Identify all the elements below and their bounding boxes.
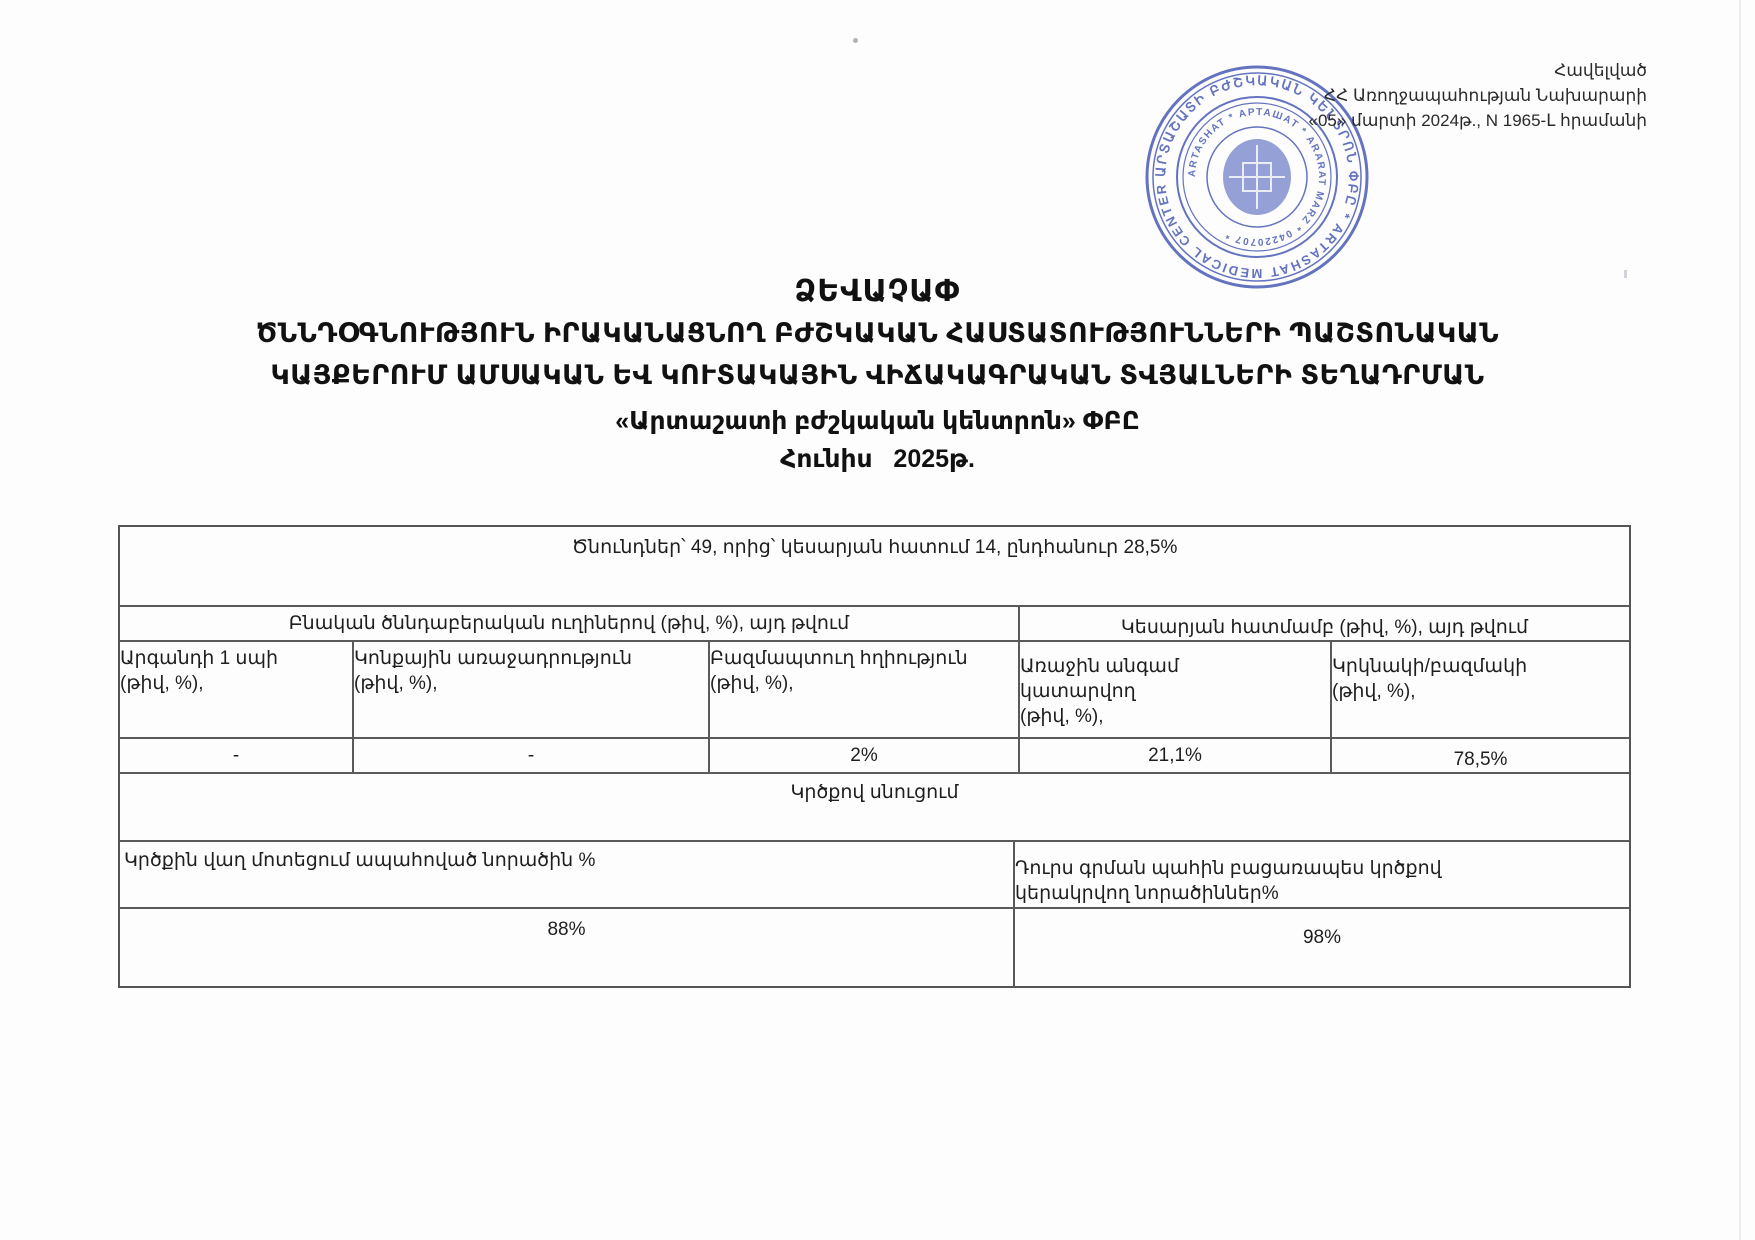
title-line-2: ԿԱՅՔԵՐՈՒՄ ԱՄՍԱԿԱՆ ԵՎ ԿՈՒՏԱԿԱՅԻՆ ՎԻՃԱԿԱԳՐ… — [0, 354, 1755, 396]
col-header-line: Բազմապտուղ հղիություն — [710, 646, 968, 671]
col-header-line: (թիվ, %), — [1332, 679, 1416, 704]
document-title-block: ՁԵՎԱՉԱՓ ԾՆՆԴՕԳՆՈՒԹՅՈՒՆ ԻՐԱԿԱՆԱՑՆՈՂ ԲԺՇԿԱ… — [0, 272, 1755, 478]
col-header-line: (թիվ, %), — [710, 671, 794, 696]
page-edge — [1739, 0, 1741, 1240]
statistics-table: Ծնունդներ՝ 49, որից՝ կեսարյան հատում 14,… — [118, 525, 1631, 988]
births-summary: Ծնունդներ՝ 49, որից՝ կեսարյան հատում 14,… — [120, 527, 1629, 605]
organization-name: «Արտաշատի բժշկական կենտրոն» ՓԲԸ — [0, 402, 1755, 440]
form-title: ՁԵՎԱՉԱՓ — [0, 272, 1755, 312]
approval-line-3: «05» մարտի 2024թ., N 1965-Լ հրամանի — [1309, 108, 1648, 133]
col-header-first-cesarean: Առաջին անգամ կատարվող (թիվ, %), — [1020, 642, 1330, 737]
breastfeeding-section-header: Կրծքով սնուցում — [120, 774, 1629, 840]
col-header-line: (թիվ, %), — [1020, 704, 1104, 729]
early-skin-contact-value: 88% — [120, 909, 1013, 986]
col-header-line: Առաջին անգամ — [1020, 654, 1179, 679]
approval-block: Հավելված ՀՀ Առողջապահության Նախարարի «05… — [1309, 58, 1648, 133]
approval-line-2: ՀՀ Առողջապահության Նախարարի — [1309, 83, 1648, 108]
col-header-line: (թիվ, %), — [354, 671, 438, 696]
exclusive-breastfeeding-header: Դուրս գրման պահին բացառապես կրծքով կերակ… — [1015, 842, 1629, 907]
col-header-multiple-pregnancy: Բազմապտուղ հղիություն (թիվ, %), — [710, 642, 1018, 737]
early-skin-contact-header: Կրծքին վաղ մոտեցում ապահոված նորածին % — [120, 842, 1013, 907]
scan-speck — [853, 38, 858, 43]
col-header-breech: Կոնքային առաջադրություն (թիվ, %), — [354, 642, 708, 737]
col-header-line: կատարվող — [1020, 679, 1136, 704]
value-uterine-scar: - — [120, 739, 352, 772]
header-line: Դուրս գրման պահին բացառապես կրծքով — [1015, 856, 1442, 881]
title-line-1: ԾՆՆԴՕԳՆՈՒԹՅՈՒՆ ԻՐԱԿԱՆԱՑՆՈՂ ԲԺՇԿԱԿԱՆ ՀԱՍՏ… — [0, 312, 1755, 354]
col-header-uterine-scar: Արգանդի 1 սպի (թիվ, %), — [120, 642, 352, 737]
header-line: կերակրվող նորածիններ% — [1015, 881, 1279, 906]
value-multiple-pregnancy: 2% — [710, 739, 1018, 772]
value-breech: - — [354, 739, 708, 772]
col-header-line: Կրկնակի/բազմակի — [1332, 654, 1527, 679]
exclusive-breastfeeding-value: 98% — [1015, 909, 1629, 986]
cesarean-group-header: Կեսարյան հատմամբ (թիվ, %), այդ թվում — [1020, 607, 1629, 640]
col-header-line: (թիվ, %), — [120, 671, 204, 696]
col-header-line: Արգանդի 1 սպի — [120, 646, 278, 671]
natural-birth-group-header: Բնական ծննդաբերական ուղիներով (թիվ, %), … — [120, 607, 1018, 640]
col-header-line: Կոնքային առաջադրություն — [354, 646, 632, 671]
value-repeat-cesarean: 78,5% — [1332, 739, 1629, 772]
col-header-repeat-cesarean: Կրկնակի/բազմակի (թիվ, %), — [1332, 642, 1629, 737]
approval-line-1: Հավելված — [1309, 58, 1648, 83]
report-period: Հունիս 2025թ. — [0, 440, 1755, 478]
value-first-cesarean: 21,1% — [1020, 739, 1330, 772]
